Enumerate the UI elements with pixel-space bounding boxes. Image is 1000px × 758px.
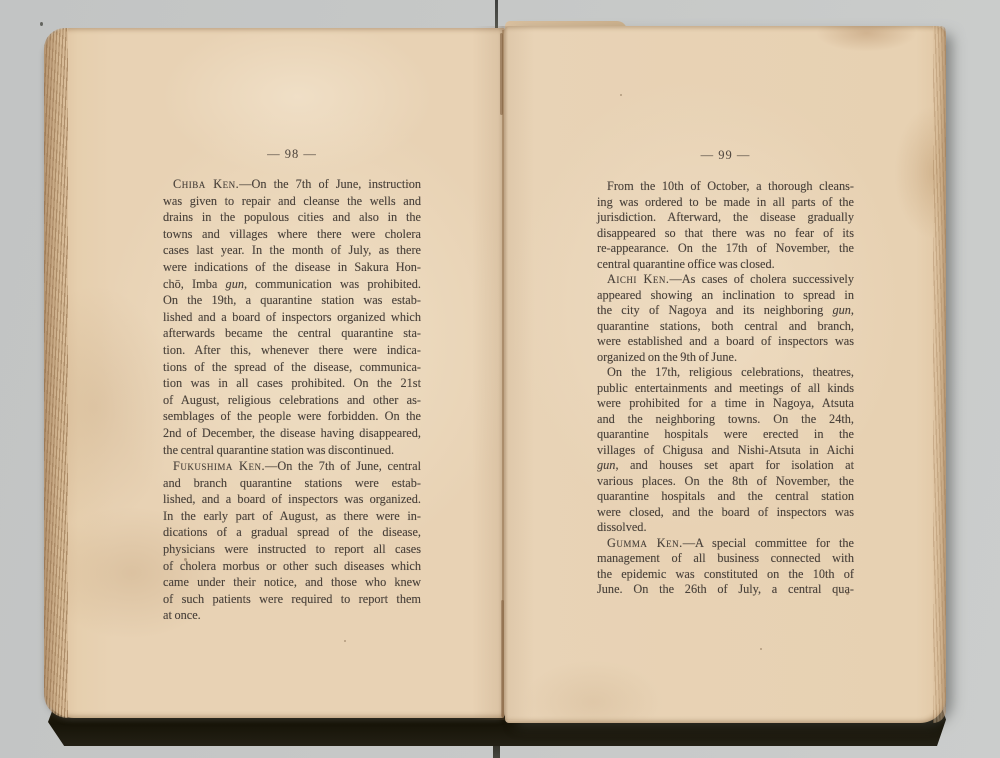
text-segment: June. On the 26th of July, a central qua… bbox=[597, 582, 854, 596]
text-line: and branch quarantine stations were esta… bbox=[163, 475, 421, 492]
text-segment: 2nd of December, the disease having disa… bbox=[163, 426, 421, 440]
text-line: were prohibited for a time in Nagoya, At… bbox=[597, 396, 854, 412]
text-segment: ing was ordered to be made in all parts … bbox=[597, 195, 854, 209]
text-line: were established and a board of inspecto… bbox=[597, 334, 854, 350]
text-segment: public entertainments and meetings of al… bbox=[597, 381, 854, 395]
text-line: of such patients were required to report… bbox=[163, 591, 421, 608]
fore-edge-stack bbox=[933, 26, 946, 723]
text-line: central quarantine office was closed. bbox=[597, 257, 854, 273]
text-line: Fukushima Ken.—On the 7th of June, centr… bbox=[163, 458, 421, 475]
text-segment: the city of Nagoya and its neighboring bbox=[597, 303, 832, 317]
text-line: dications of a gradual spread of the dis… bbox=[163, 524, 421, 541]
text-segment: From the 10th of October, a thorough cle… bbox=[607, 179, 854, 193]
text-segment: various places. On the 8th of November, … bbox=[597, 474, 854, 488]
text-line: On the 17th, religious celebrations, the… bbox=[597, 365, 854, 381]
text-line: appeared showing an inclination to sprea… bbox=[597, 288, 854, 304]
section-heading: Aichi Ken. bbox=[607, 272, 670, 286]
text-line: semblages of the people were forbidden. … bbox=[163, 408, 421, 425]
text-segment: was given to repair and cleanse the well… bbox=[163, 194, 421, 208]
text-line: came under their notice, and those who k… bbox=[163, 574, 421, 591]
text-segment: In the early part of August, as there we… bbox=[163, 509, 421, 523]
text-segment: dications of a gradual spread of the dis… bbox=[163, 525, 421, 539]
text-line: tion was in all cases prohibited. On the… bbox=[163, 375, 421, 392]
text-segment: —On the 7th of June, instruction bbox=[239, 177, 421, 191]
text-segment: , communication was prohibited. bbox=[244, 277, 421, 291]
text-segment: lished and a board of inspectors organiz… bbox=[163, 310, 421, 324]
text-segment: re-appearance. On the 17th of November, … bbox=[597, 241, 854, 255]
text-line: lished and a board of inspectors organiz… bbox=[163, 309, 421, 326]
foxing-speck bbox=[344, 640, 346, 642]
text-segment: were prohibited for a time in Nagoya, At… bbox=[597, 396, 854, 410]
text-line: re-appearance. On the 17th of November, … bbox=[597, 241, 854, 257]
left-page: — 98 — Chiba Ken.—On the 7th of June, in… bbox=[44, 28, 505, 718]
text-segment: were indications of the disease in Sakur… bbox=[163, 260, 421, 274]
text-line: Chiba Ken.—On the 7th of June, instructi… bbox=[163, 176, 421, 193]
page-number-right: — 99 — bbox=[597, 148, 854, 163]
text-segment: quarantine stations, both central and br… bbox=[597, 319, 854, 333]
text-segment: of cholera morbus or other such diseases… bbox=[163, 559, 421, 573]
text-segment: of such patients were required to report… bbox=[163, 592, 421, 606]
italic-term: gun bbox=[597, 458, 615, 472]
text-segment: On the 19th, a quarantine station was es… bbox=[163, 293, 421, 307]
text-line: 2nd of December, the disease having disa… bbox=[163, 425, 421, 442]
text-line: ing was ordered to be made in all parts … bbox=[597, 195, 854, 211]
text-line: of August, religious celebrations and ot… bbox=[163, 392, 421, 409]
text-line: tions of the spread of the disease, comm… bbox=[163, 359, 421, 376]
text-line: gun, and houses set apart for isolation … bbox=[597, 458, 854, 474]
text-line: disappeared so that there was no fear of… bbox=[597, 226, 854, 242]
text-line: of cholera morbus or other such diseases… bbox=[163, 558, 421, 575]
foxing-speck bbox=[846, 592, 849, 595]
text-segment: towns and villages where there were chol… bbox=[163, 227, 421, 241]
text-segment: at once. bbox=[163, 608, 201, 622]
text-line: was given to repair and cleanse the well… bbox=[163, 193, 421, 210]
text-line: quarantine stations, both central and br… bbox=[597, 319, 854, 335]
text-segment: physicians were instructed to report all… bbox=[163, 542, 421, 556]
text-segment: central quarantine office was closed. bbox=[597, 257, 775, 271]
text-line: Gumma Ken.—A special committee for the bbox=[597, 536, 854, 552]
text-segment: of August, religious celebrations and ot… bbox=[163, 393, 421, 407]
foxing-speck bbox=[184, 558, 187, 561]
text-segment: and branch quarantine stations were esta… bbox=[163, 476, 421, 490]
book-photo: — 98 — Chiba Ken.—On the 7th of June, in… bbox=[0, 0, 1000, 758]
text-segment: dissolved. bbox=[597, 520, 647, 534]
text-segment: tion was in all cases prohibited. On the… bbox=[163, 376, 421, 390]
gutter-crease-bottom bbox=[501, 600, 504, 717]
text-segment: and the neighboring towns. On the 24th, bbox=[597, 412, 854, 426]
text-segment: —As cases of cholera successively bbox=[670, 272, 854, 286]
text-segment: cases last year. In the month of July, a… bbox=[163, 243, 421, 257]
text-segment: jurisdiction. Afterward, the disease gra… bbox=[597, 210, 854, 224]
text-line: Aichi Ken.—As cases of cholera successiv… bbox=[597, 272, 854, 288]
text-line: the city of Nagoya and its neighboring g… bbox=[597, 303, 854, 319]
text-segment: were established and a board of inspecto… bbox=[597, 334, 854, 348]
text-segment: came under their notice, and those who k… bbox=[163, 575, 421, 589]
page-number-left: — 98 — bbox=[163, 147, 421, 162]
text-line: quarantine hospitals and the central sta… bbox=[597, 489, 854, 505]
text-segment: chō, Imba bbox=[163, 277, 226, 291]
text-line: the central quarantine station was disco… bbox=[163, 442, 421, 459]
background-speck bbox=[40, 22, 43, 26]
text-segment: lished, and a board of inspectors was or… bbox=[163, 492, 421, 506]
page-edge-stack bbox=[44, 28, 68, 718]
text-line: various places. On the 8th of November, … bbox=[597, 474, 854, 490]
text-line: jurisdiction. Afterward, the disease gra… bbox=[597, 210, 854, 226]
text-line: were indications of the disease in Sakur… bbox=[163, 259, 421, 276]
text-segment: were closed, and the board of inspectors… bbox=[597, 505, 854, 519]
text-line: the epidemic was constituted on the 10th… bbox=[597, 567, 854, 583]
text-line: were closed, and the board of inspectors… bbox=[597, 505, 854, 521]
section-heading: Gumma Ken. bbox=[607, 536, 683, 550]
text-segment: tions of the spread of the disease, comm… bbox=[163, 360, 421, 374]
text-line: physicians were instructed to report all… bbox=[163, 541, 421, 558]
text-line: public entertainments and meetings of al… bbox=[597, 381, 854, 397]
text-segment: , bbox=[851, 303, 854, 317]
foxing-speck bbox=[240, 333, 242, 335]
text-segment: —A special committee for the bbox=[683, 536, 854, 550]
left-page-text-block: Chiba Ken.—On the 7th of June, instructi… bbox=[163, 176, 421, 624]
section-heading: Fukushima Ken. bbox=[173, 459, 265, 473]
text-line: towns and villages where there were chol… bbox=[163, 226, 421, 243]
text-segment: semblages of the people were forbidden. … bbox=[163, 409, 421, 423]
foxing-speck bbox=[685, 216, 687, 218]
text-line: organized on the 9th of June. bbox=[597, 350, 854, 366]
text-line: lished, and a board of inspectors was or… bbox=[163, 491, 421, 508]
italic-term: gun bbox=[226, 277, 244, 291]
text-segment: —On the 7th of June, central bbox=[265, 459, 421, 473]
text-line: On the 19th, a quarantine station was es… bbox=[163, 292, 421, 309]
text-segment: drains in the populous cities and also i… bbox=[163, 210, 421, 224]
text-line: dissolved. bbox=[597, 520, 854, 536]
text-line: chō, Imba gun, communication was prohibi… bbox=[163, 276, 421, 293]
text-segment: quarantine hospitals were erected in the bbox=[597, 427, 854, 441]
text-line: management of all business connected wit… bbox=[597, 551, 854, 567]
text-segment: the central quarantine station was disco… bbox=[163, 443, 394, 457]
text-line: villages of Chigusa and Nishi-Atsuta in … bbox=[597, 443, 854, 459]
text-line: afterwards became the central quarantine… bbox=[163, 325, 421, 342]
text-segment: villages of Chigusa and Nishi-Atsuta in … bbox=[597, 443, 854, 457]
right-page-text-block: From the 10th of October, a thorough cle… bbox=[597, 179, 854, 598]
text-line: drains in the populous cities and also i… bbox=[163, 209, 421, 226]
text-segment: appeared showing an inclination to sprea… bbox=[597, 288, 854, 302]
text-segment: afterwards became the central quarantine… bbox=[163, 326, 421, 340]
text-line: quarantine hospitals were erected in the bbox=[597, 427, 854, 443]
text-segment: quarantine hospitals and the central sta… bbox=[597, 489, 854, 503]
text-segment: organized on the 9th of June. bbox=[597, 350, 737, 364]
text-segment: tion. After this, whenever there were in… bbox=[163, 343, 421, 357]
foxing-speck bbox=[620, 94, 622, 96]
text-segment: , and houses set apart for isolation at bbox=[615, 458, 854, 472]
italic-term: gun bbox=[832, 303, 850, 317]
text-segment: the epidemic was constituted on the 10th… bbox=[597, 567, 854, 581]
text-line: In the early part of August, as there we… bbox=[163, 508, 421, 525]
section-heading: Chiba Ken. bbox=[173, 177, 239, 191]
text-line: June. On the 26th of July, a central qua… bbox=[597, 582, 854, 598]
text-line: From the 10th of October, a thorough cle… bbox=[597, 179, 854, 195]
text-line: cases last year. In the month of July, a… bbox=[163, 242, 421, 259]
text-segment: disappeared so that there was no fear of… bbox=[597, 226, 854, 240]
text-segment: management of all business connected wit… bbox=[597, 551, 854, 565]
foxing-speck bbox=[407, 182, 409, 184]
foxing-speck bbox=[760, 648, 762, 650]
gutter-crease-top bbox=[500, 33, 503, 115]
right-page: — 99 — From the 10th of October, a thoro… bbox=[505, 26, 946, 723]
text-line: tion. After this, whenever there were in… bbox=[163, 342, 421, 359]
text-segment: On the 17th, religious celebrations, the… bbox=[607, 365, 854, 379]
text-line: at once. bbox=[163, 607, 421, 624]
text-line: and the neighboring towns. On the 24th, bbox=[597, 412, 854, 428]
